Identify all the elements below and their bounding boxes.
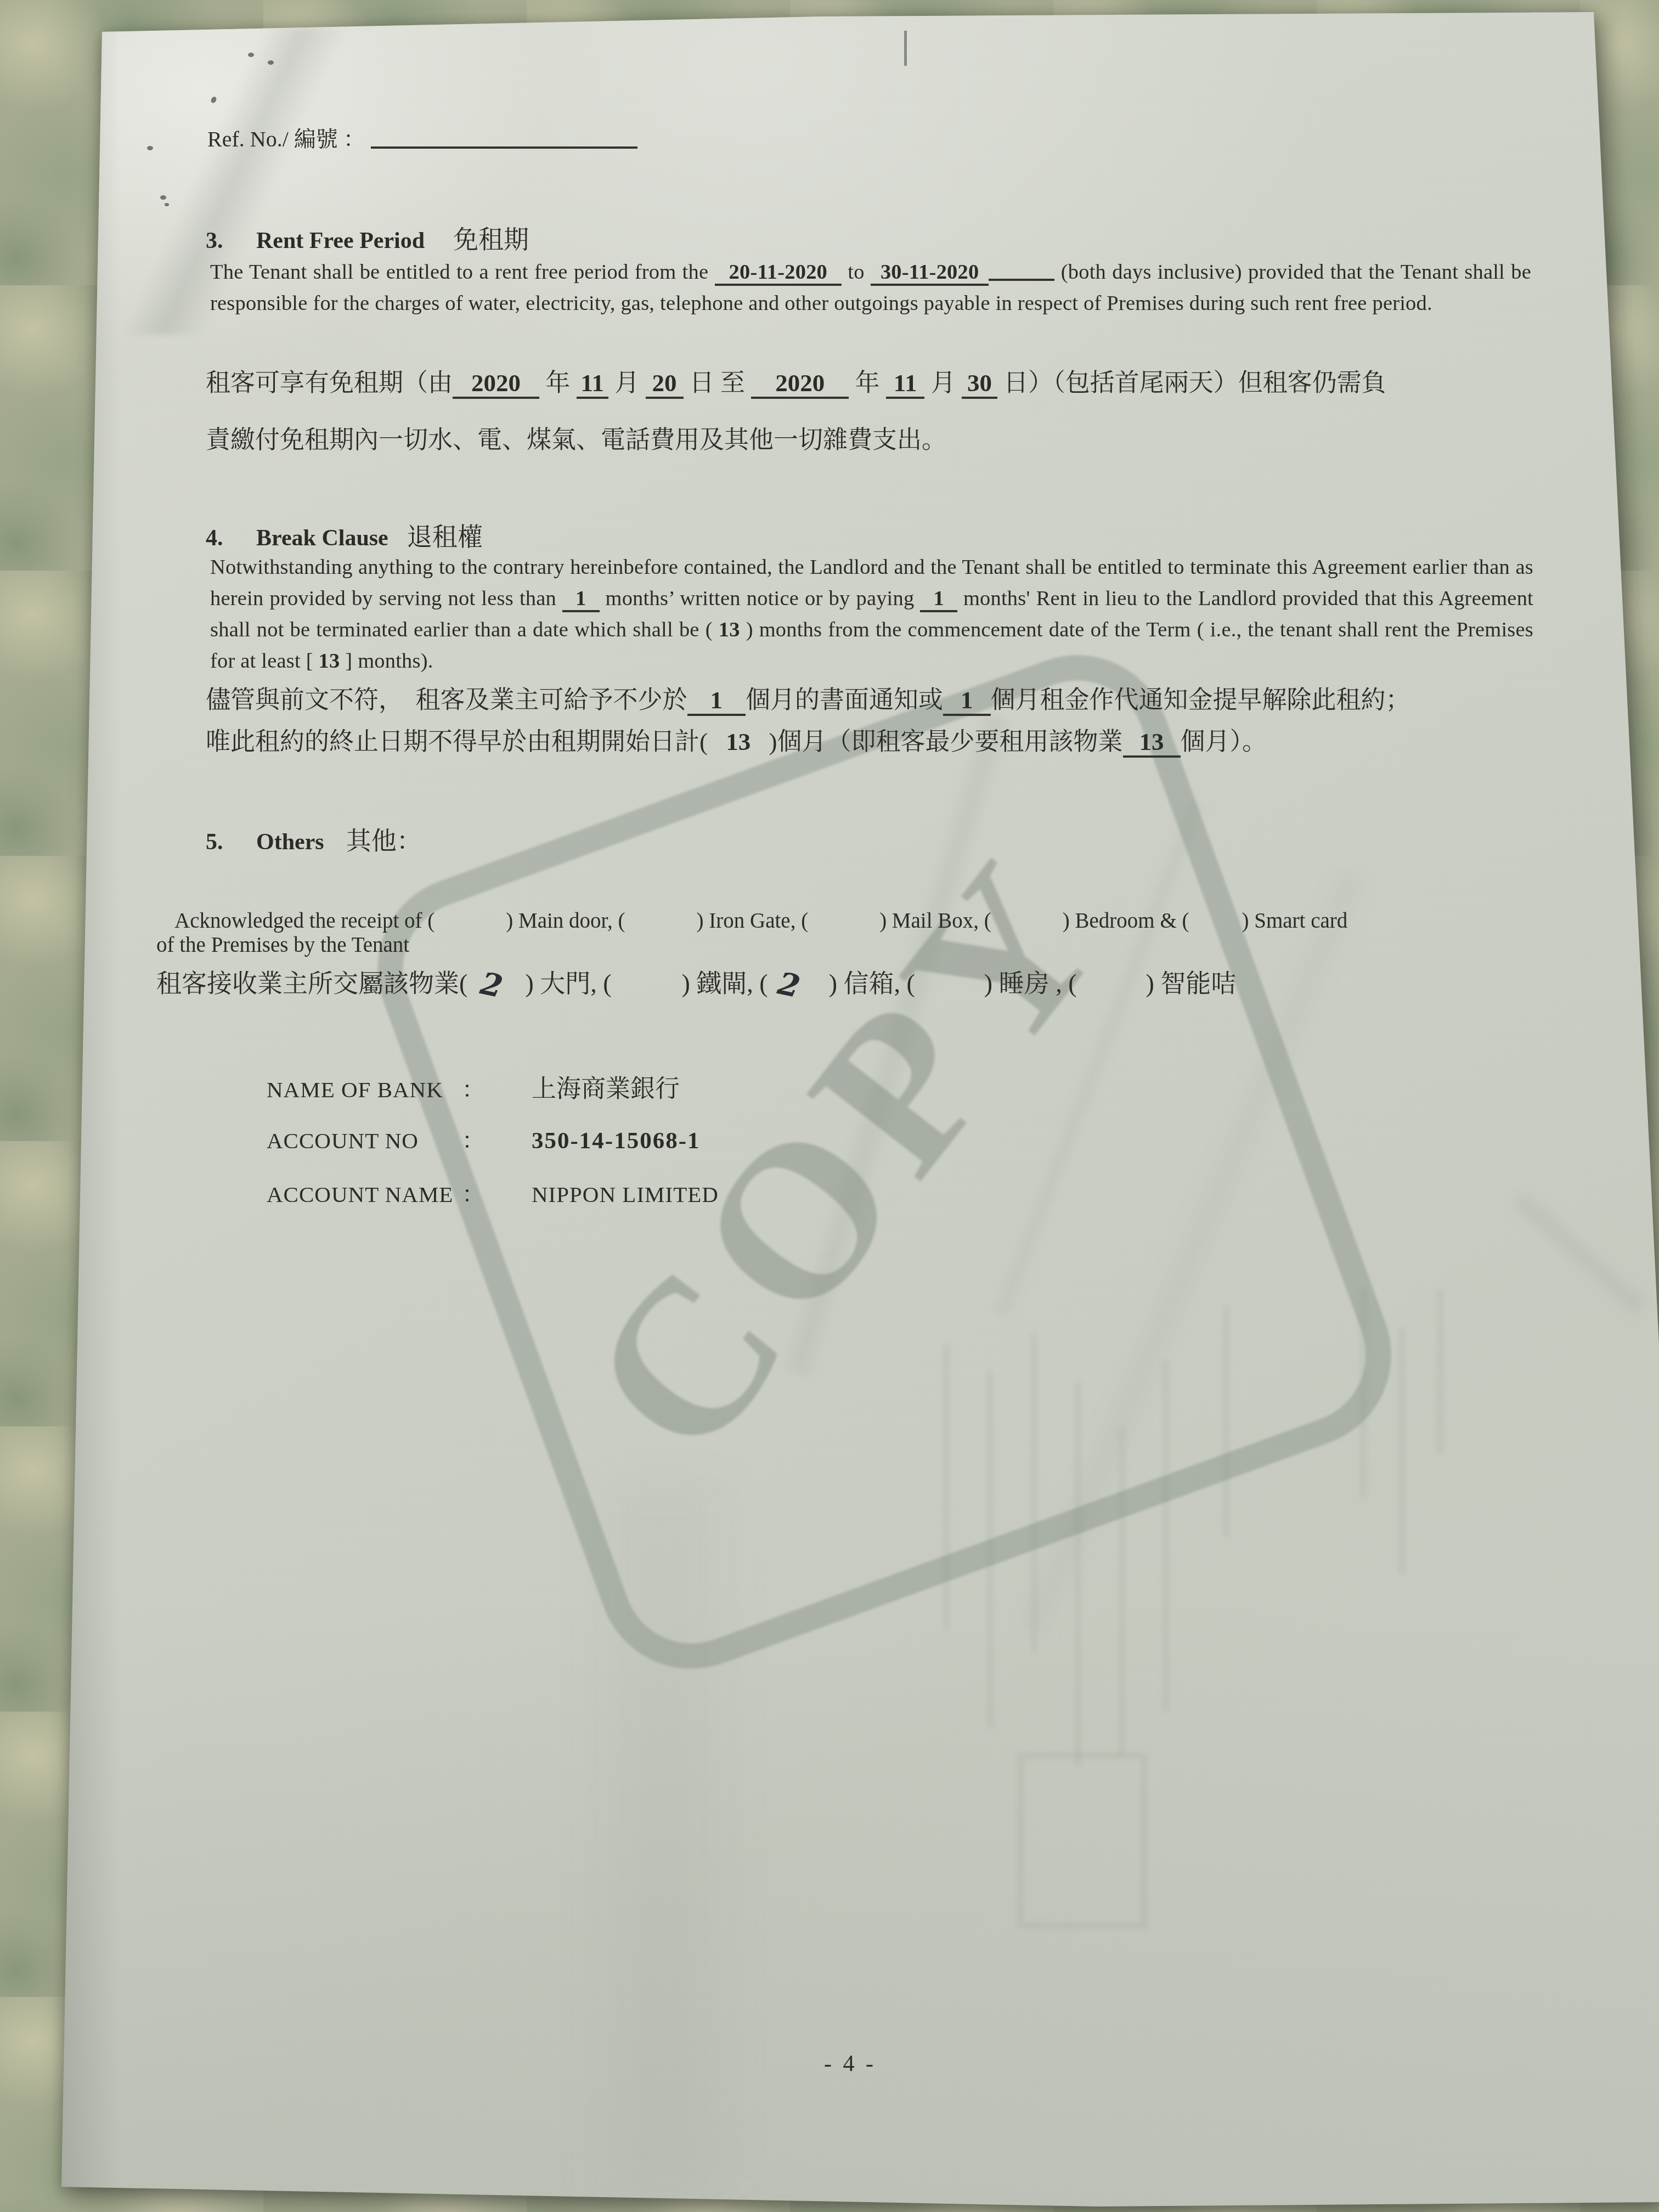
section-3-title-cn: 免租期 (453, 219, 529, 256)
section-4-title: Break Clause (256, 525, 388, 551)
bank-row-account-no: ACCOUNT NO：350-14-15068-1 (267, 1122, 700, 1155)
section-3-heading: 3. Rent Free Period 免租期 (206, 219, 529, 256)
account-no-label: ACCOUNT NO (267, 1127, 462, 1154)
acknowledgement-line2: of the Premises by the Tenant (156, 933, 409, 957)
section-3-body-cn-line2: 責繳付免租期內一切水、電、煤氣、電話費用及其他一切雜費支出。 (206, 424, 946, 456)
account-name-colon: ： (462, 1176, 484, 1209)
show-through (1399, 1328, 1404, 1575)
section-3-number: 3. (206, 228, 256, 254)
paper-left-edge-shade (55, 27, 132, 2189)
copy-stamp: COPY (351, 629, 1417, 1695)
staple-mark (147, 146, 153, 150)
acknowledgement-line-cn: 租客接收業主所交屬該物業(2) 大門, () 鐵閘, (2) 信箱, () 睡房… (156, 963, 1236, 1000)
account-no-value: 350-14-15068-1 (532, 1128, 700, 1154)
document-paper: COPY Ref. No./ 編號 ： 3. Rent Free Period … (0, 0, 1659, 2212)
bank-name-colon: ： (462, 1071, 484, 1104)
section-4-number: 4. (206, 525, 256, 551)
section-4-body-cn-line2: 唯此租約的終止日期不得早於由租期開始日計( 13 )個月（即租客最少要租用該物業… (206, 725, 1267, 758)
staple-mark (160, 195, 166, 200)
section-3-title: Rent Free Period (256, 228, 425, 254)
account-no-colon: ： (462, 1122, 484, 1155)
paper-shadow-wrap: COPY Ref. No./ 編號 ： 3. Rent Free Period … (0, 0, 1659, 2212)
shadow-streak (1510, 1188, 1650, 1319)
page-number: - 4 - (824, 2051, 876, 2077)
photo-background: COPY Ref. No./ 編號 ： 3. Rent Free Period … (0, 0, 1659, 2212)
ref-no-line: Ref. No./ 編號 ： (207, 122, 637, 153)
staple-mark (268, 60, 274, 65)
section-3-body-cn-line1: 租客可享有免租期（由2020 年 11 月 20 日 至 2020 年 11 月… (206, 366, 1386, 399)
pen-mark (904, 31, 907, 66)
staple-mark (248, 53, 254, 57)
show-through (1437, 1289, 1443, 1454)
section-3-body-en: The Tenant shall be entitled to a rent f… (210, 257, 1531, 319)
section-5-title-cn: 其他 (346, 821, 397, 857)
section-4-heading: 4. Break Clause 退租權 (206, 517, 483, 553)
section-4-title-cn: 退租權 (407, 517, 483, 553)
section-5-colon: ： (397, 821, 422, 857)
staple-mark (165, 203, 169, 206)
section-5-title: Others (256, 829, 324, 855)
bank-row-account-name: ACCOUNT NAME：NIPPON LIMITED (267, 1176, 719, 1209)
section-4-body-en: Notwithstanding anything to the contrary… (210, 552, 1533, 677)
acknowledgement-line1: Acknowledged the receipt of () Main door… (174, 909, 1347, 933)
section-4-body-cn-line1: 儘管與前文不符， 租客及業主可給予不少於1個月的書面通知或1個月租金作代通知金提… (206, 684, 1410, 716)
bank-row-name-of-bank: NAME OF BANK：上海商業銀行 (267, 1069, 680, 1104)
bank-name-label: NAME OF BANK (267, 1076, 462, 1103)
show-through-stamp-box (1018, 1753, 1147, 1928)
section-5-number: 5. (206, 829, 256, 855)
account-name-label: ACCOUNT NAME (267, 1181, 462, 1207)
bank-name-value: 上海商業銀行 (532, 1075, 680, 1103)
section-5-heading: 5. Others 其他 ： (206, 821, 422, 857)
account-name-value: NIPPON LIMITED (532, 1182, 719, 1207)
